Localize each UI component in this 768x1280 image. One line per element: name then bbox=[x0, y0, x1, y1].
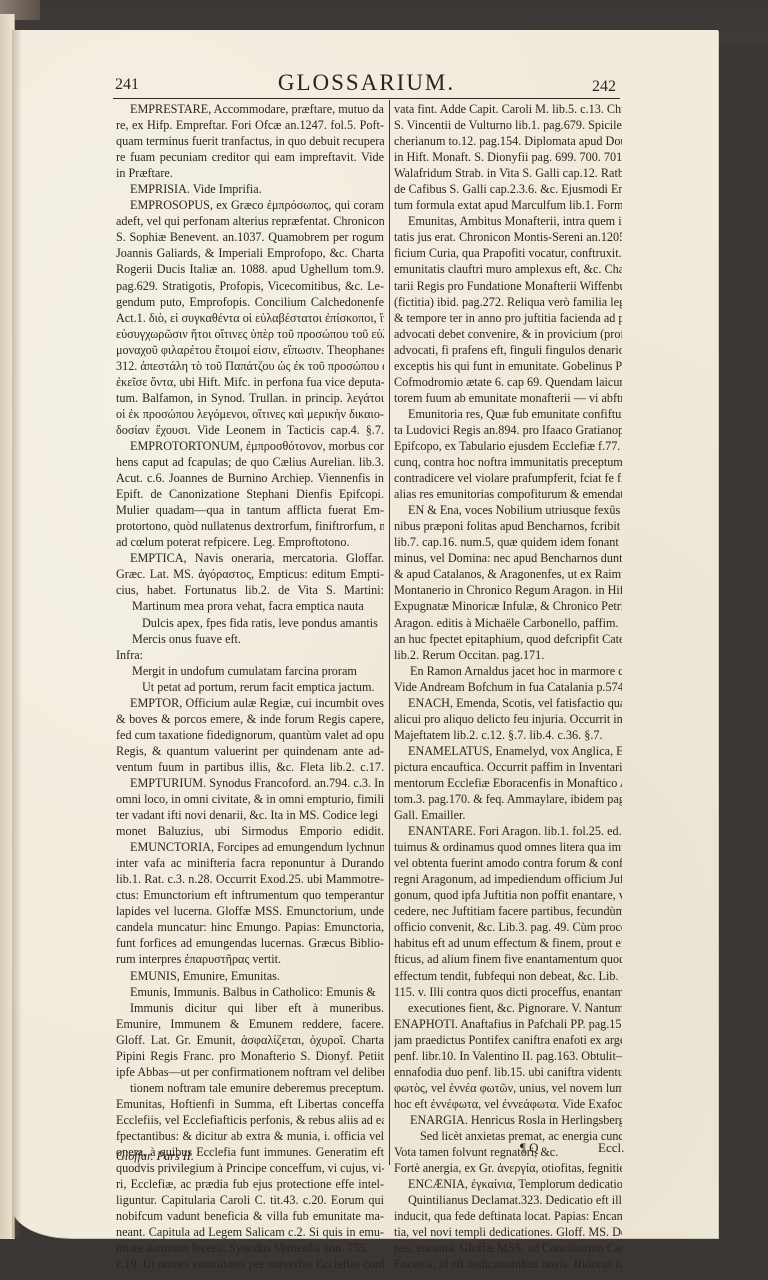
text-line: S. Vincentii de Vulturno lib.1. pag.679.… bbox=[394, 117, 622, 133]
text-line: hens caput ad fcapulas; de quo Cælius Au… bbox=[116, 454, 384, 470]
text-line: Fortè anergia, ex Gr. ἀνεργία, otiofitas… bbox=[394, 1160, 622, 1176]
text-line: ficium Curia, qua Prapofiti vocatur, con… bbox=[394, 245, 622, 261]
text-line: lib.7. cap.16. num.5, quæ quidem idem fo… bbox=[394, 534, 622, 550]
text-line: ENAPHOTI. Anaftafius in Pafchali PP. pag… bbox=[394, 1016, 622, 1032]
catchword: Eccl. bbox=[598, 1140, 624, 1156]
text-line: (fictitia) ibid. pag.272. Reliqua verò f… bbox=[394, 294, 622, 310]
text-line: Joannis Galiards, & Imperiali Emprofopo,… bbox=[116, 245, 384, 261]
text-line: Dulcis apex, fpes fida ratis, leve pondu… bbox=[116, 615, 384, 631]
text-line: c.19. Ut omnes emunitates per univerfas … bbox=[116, 1256, 384, 1272]
text-line: & apud Catalanos, & Aragonenfes, ut ex R… bbox=[394, 566, 622, 582]
text-line: nitate damnum fecerit. Synodus Vernenfis… bbox=[116, 1240, 384, 1256]
text-line: Gloff. Lat. Gr. Emunit, ἀσφαλίζεται, ὀχυ… bbox=[116, 1032, 384, 1048]
text-line: ventum fuum in partibus illis, &c. Fleta… bbox=[116, 759, 384, 775]
text-line: tia, vel novi templi dedicationes. Gloff… bbox=[394, 1224, 622, 1240]
text-line: alicui pro aliquo delicto feu injuria. O… bbox=[394, 711, 622, 727]
text-line: tum. Balfamon, in Synod. Trullan. in pri… bbox=[116, 390, 384, 406]
text-line: Epifcopo, ex Tabulario ejusdem Ecclefiæ … bbox=[394, 438, 622, 454]
text-line: Mercis onus fuave eft. bbox=[116, 631, 384, 647]
text-line: Rogerii Ducis Italiæ an. 1088. apud Ughe… bbox=[116, 261, 384, 277]
text-line: Sed licèt anxietas premat, ac energia cu… bbox=[394, 1128, 622, 1144]
text-line: Infra: bbox=[116, 647, 384, 663]
text-line: Expugnatæ Minoricæ Infulæ, & Chronico Pe… bbox=[394, 598, 622, 614]
text-line: Aragon. editis à Michaële Carbonello, pa… bbox=[394, 615, 622, 631]
text-line: ENACH, Emenda, Scotis, vel fatisfactio q… bbox=[394, 695, 622, 711]
text-line: gendum puto, Emprofopis. Concilium Calch… bbox=[116, 294, 384, 310]
text-line: adeft, vel qui perfonam alterius repræfe… bbox=[116, 213, 384, 229]
text-line: re, ex Hifp. Empreftar. Fori Ofcæ an.124… bbox=[116, 117, 384, 133]
text-line: habitus eft ad unum effectum & finem, pr… bbox=[394, 935, 622, 951]
text-line: Encenis, id eft dedicationibus novis. If… bbox=[394, 1256, 622, 1272]
text-line: Martinum mea prora vehat, facra emptica … bbox=[116, 598, 384, 614]
text-line: EMPROTORTONUM, ἐμπροσθότονον, morbus con… bbox=[116, 438, 384, 454]
text-line: minus, vel Domina: nec apud Bencharnos d… bbox=[394, 550, 622, 566]
text-line: lib.1. Rat. c.3. n.28. Occurrit Exod.25.… bbox=[116, 871, 384, 887]
text-line: funt forfices ad emungendas lucernas. Gr… bbox=[116, 935, 384, 951]
text-line: Epift. de Canonizatione Stephani Dienfis… bbox=[116, 486, 384, 502]
text-line: Immunis dicitur qui liber eft à muneribu… bbox=[116, 1000, 384, 1016]
right-column: vata fint. Adde Capit. Caroli M. lib.5. … bbox=[394, 101, 622, 1272]
text-line: hoc eft ἐννέφωτα, vel ἐννεάφωτα. Vide Ex… bbox=[394, 1096, 622, 1112]
text-line: rum interpres ἐπαρυστῆρας vertit. bbox=[116, 951, 384, 967]
text-line: gonum, quod ipfa Juftitia non poffit ena… bbox=[394, 887, 622, 903]
text-line: Act.1. διὸ, εἰ συγκαθέντα οἱ εὐλαβέστατο… bbox=[116, 310, 384, 326]
text-line: nes, encania. Gloffæ MSS. ad Conciliorum… bbox=[394, 1240, 622, 1256]
text-line: Quintilianus Declamat.323. Dedicatio eft… bbox=[394, 1192, 622, 1208]
text-line: tarii Regis pro Fundatione Monafterii Wi… bbox=[394, 278, 622, 294]
text-line: tum formula extat apud Marculfum lib.1. … bbox=[394, 197, 622, 213]
text-line: EMPTOR, Officium aulæ Regiæ, cui incumbi… bbox=[116, 695, 384, 711]
text-line: ad cœlum poterat refpicere. Leg. Emproft… bbox=[116, 534, 384, 550]
running-title: GLOSSARIUM. bbox=[113, 70, 620, 96]
text-line: μοναχοῦ φιλαρέτου ἕτοιμοί εἰσιν, εἴπωσιν… bbox=[116, 342, 384, 358]
text-line: ENCÆNIA, ἐγκαίνια, Templorum dedicatione… bbox=[394, 1176, 622, 1192]
text-line: pictura encauftica. Occurrit paffim in I… bbox=[394, 759, 622, 775]
text-line: Cofmodromio ætate 6. cap 69. Quendam lai… bbox=[394, 374, 622, 390]
text-line: ri, Ecclefiæ, ac prædia fub ejus protect… bbox=[116, 1176, 384, 1192]
text-line: fed cum taxatione fidedignorum, quantùm … bbox=[116, 727, 384, 743]
text-line: candela muncatur: hinc Emungo. Papias: E… bbox=[116, 919, 384, 935]
text-line: Majeftatem lib.2. c.12. §.7. lib.4. c.36… bbox=[394, 727, 622, 743]
text-line: protortono, quòd nullatenus dextrorfum, … bbox=[116, 518, 384, 534]
text-line: exceptis his qui funt in emunitate. Gobe… bbox=[394, 358, 622, 374]
text-line: Acut. c.6. Joannes de Burnino Archiep. V… bbox=[116, 470, 384, 486]
signature-mark: ¶ Q bbox=[520, 1140, 539, 1156]
text-line: Emunitoria res, Quæ fub emunitate confif… bbox=[394, 406, 622, 422]
text-line: lib.2. Rerum Occitan. pag.171. bbox=[394, 647, 622, 663]
text-line: re fuam pecuniam creditor qui eam impref… bbox=[116, 149, 384, 165]
text-line: EMPROSOPUS, ex Græco ἐμπρόσωπος, qui cor… bbox=[116, 197, 384, 213]
text-line: nobifcum vadunt beneficia & villa fub em… bbox=[116, 1208, 384, 1224]
text-line: Walafridum Strab. in Vita S. Galli cap.1… bbox=[394, 165, 622, 181]
text-line: effectum tendit, fubfequi non debeat, &c… bbox=[394, 968, 622, 984]
text-line: nibus præponi folitas apud Bencharnos, f… bbox=[394, 518, 622, 534]
text-line: οἱ ἐκ προσώπου λεγόμενοι, οἵτινες καὶ με… bbox=[116, 406, 384, 422]
column-divider bbox=[389, 100, 390, 1165]
text-line: fpectantibus: & dicitur ab extra & munia… bbox=[116, 1128, 384, 1144]
text-line: Emunitas, Ambitus Monafterii, intra quem… bbox=[394, 213, 622, 229]
text-line: vel obtenta fuerint amodo contra forum &… bbox=[394, 855, 622, 871]
text-line: omni loco, in omni civitate, & in omni e… bbox=[116, 791, 384, 807]
text-line: EMPRESTARE, Accommodare, præftare, mutuo… bbox=[116, 101, 384, 117]
text-line: εὐσυγχωρῶσιν ἤτοι οἵτινες ὑπὲρ τοῦ προσώ… bbox=[116, 326, 384, 342]
text-line: alias res emunitorias compofiturum & eme… bbox=[394, 486, 622, 502]
page-gutter-shadow bbox=[12, 30, 22, 1238]
text-line: ENANTARE. Fori Aragon. lib.1. fol.25. ed… bbox=[394, 823, 622, 839]
text-line: cherianum to.12. pag.154. Diplomata apud… bbox=[394, 133, 622, 149]
text-line: de Cafibus S. Galli cap.2.3.6. &c. Ejusm… bbox=[394, 181, 622, 197]
text-line: an huc fpectet epitaphium, quod defcripf… bbox=[394, 631, 622, 647]
text-line: EN & Ena, voces Nobilium utriusque fexûs… bbox=[394, 502, 622, 518]
text-line: 312. ἀπεστάλη τὸ τοῦ Παπάτζου ὡς ἐκ τοῦ … bbox=[116, 358, 384, 374]
text-line: cedere, nec Juftitiam facere partibus, f… bbox=[394, 903, 622, 919]
text-line: Gall. Emailler. bbox=[394, 807, 622, 823]
text-line: fticus, ad alium finem five enantamentum… bbox=[394, 951, 622, 967]
text-line: EMPRISIA. Vide Imprifia. bbox=[116, 181, 384, 197]
page-header: 241 GLOSSARIUM. 242 bbox=[113, 70, 620, 98]
text-line: ter vadant ifti novi denarii, &c. Ita in… bbox=[116, 807, 384, 823]
text-line: quam terminus fuerit tranfactus, in quo … bbox=[116, 133, 384, 149]
text-line: inducit, qua fede deftinata locat. Papia… bbox=[394, 1208, 622, 1224]
text-line: executiones fient, &c. Pignorare. V. Nan… bbox=[394, 1000, 622, 1016]
text-line: inter vafa ac minifteria facra reponuntu… bbox=[116, 855, 384, 871]
text-line: EMUNCTORIA, Forcipes ad emungendum lychn… bbox=[116, 839, 384, 855]
text-line: ipfe Abbas—ut per confirmationem noftram… bbox=[116, 1064, 384, 1080]
text-line: advocati debet convenire, & in provicium… bbox=[394, 326, 622, 342]
text-line: contradicere vel violare prafumpferit, f… bbox=[394, 470, 622, 486]
text-line: Vota tamen folvunt regnatori, &c. bbox=[394, 1144, 622, 1160]
text-line: emunitatis clauftri muro amplexus eft, &… bbox=[394, 261, 622, 277]
page-number-right: 242 bbox=[592, 78, 616, 96]
text-line: Mulier quadam—qua in tantum afflicta fue… bbox=[116, 502, 384, 518]
text-line: officio convenit, &c. Lib.3. pag. 49. Cù… bbox=[394, 919, 622, 935]
text-line: advocati, fi prafens eft, finguli fingul… bbox=[394, 342, 622, 358]
text-line: ἐκεῖσε ὄντα, ubi Hift. Mifc. in perfona … bbox=[116, 374, 384, 390]
text-line: ennafodia duo penf. lib.15. ubi caniftra… bbox=[394, 1064, 622, 1080]
text-line: δοσίαν ἔχουσι. Vide Leonem in Tacticis c… bbox=[116, 422, 384, 438]
text-line: tatis jus erat. Chronicon Montis-Sereni … bbox=[394, 229, 622, 245]
text-line: EMUNIS, Emunire, Emunitas. bbox=[116, 968, 384, 984]
text-line: ENAMELATUS, Enamelyd, vox Anglica, Encau… bbox=[394, 743, 622, 759]
text-line: Montanerio in Chronico Regum Aragon. in … bbox=[394, 582, 622, 598]
text-line: vata fint. Adde Capit. Caroli M. lib.5. … bbox=[394, 101, 622, 117]
footer-title: Gloffar. Pars II. bbox=[116, 1149, 194, 1164]
text-line: liguntur. Capitularia Caroli C. tit.43. … bbox=[116, 1192, 384, 1208]
text-line: lapides vel lucerna. Gloffæ MSS. Emuncto… bbox=[116, 903, 384, 919]
text-line: penf. libr.10. In Valentino II. pag.163.… bbox=[394, 1048, 622, 1064]
text-line: in Præftare. bbox=[116, 165, 384, 181]
text-line: cunq, contra hoc noftra immunitatis prec… bbox=[394, 454, 622, 470]
text-line: En Ramon Arnaldus jacet hoc in marmore c… bbox=[394, 663, 622, 679]
text-line: 115. v. Illi contra quos dicti proceffus… bbox=[394, 984, 622, 1000]
text-line: Pipini Regis Franc. pro Monafterio S. Di… bbox=[116, 1048, 384, 1064]
text-line: Vide Andream Bofchum in fua Catalania p.… bbox=[394, 679, 622, 695]
text-line: Emunis, Immunis. Balbus in Catholico: Em… bbox=[116, 984, 384, 1000]
text-line: torem fuum ab emunitate monafterii — vi … bbox=[394, 390, 622, 406]
text-line: EMPTICA, Navis oneraria, mercatoria. Glo… bbox=[116, 550, 384, 566]
text-line: jam praedictus Pontifex caniftra enafoti… bbox=[394, 1032, 622, 1048]
text-line: monet Baluzius, ubi Sirmodus Emporio edi… bbox=[116, 823, 384, 839]
text-line: tuimus & ordinamus quod omnes litera qua… bbox=[394, 839, 622, 855]
text-line: mentorum Ecclefiæ Eboracenfis in Monafti… bbox=[394, 775, 622, 791]
header-rule bbox=[113, 98, 620, 99]
text-line: S. Sophiæ Benevent. an.1037. Quamobrem p… bbox=[116, 229, 384, 245]
text-line: Ecclefiis, vel Ecclefiafticis perfonis, … bbox=[116, 1112, 384, 1128]
text-line: in Hift. Monaft. S. Dionyfii pag. 699. 7… bbox=[394, 149, 622, 165]
text-line: ctus: Emunctorium eft inftrumentum quo t… bbox=[116, 887, 384, 903]
text-line: Ut petat ad portum, rerum facit emptica … bbox=[116, 679, 384, 695]
text-line: Græc. Lat. MS. ἀγόραστος, Empticus: edit… bbox=[116, 566, 384, 582]
text-line: regni Aragonum, ad impediendum officium … bbox=[394, 871, 622, 887]
text-line: Emunire, Immunem & Emunem reddere, facer… bbox=[116, 1016, 384, 1032]
text-line: & tempore ter in anno pro juftitia facie… bbox=[394, 310, 622, 326]
text-line: ta Ludovici Regis an.894. pro Ifaaco Gra… bbox=[394, 422, 622, 438]
text-line: EMPTURIUM. Synodus Francoford. an.794. c… bbox=[116, 775, 384, 791]
text-line: ENARGIA. Henricus Rosla in Herlingsberga… bbox=[394, 1112, 622, 1128]
text-line: tom.3. pag.170. & feq. Ammaylare, ibidem… bbox=[394, 791, 622, 807]
text-line: & boves & porcos emere, & inde forum Reg… bbox=[116, 711, 384, 727]
text-line: cius, habet. Fortunatus lib.2. de Vita S… bbox=[116, 582, 384, 598]
left-column: EMPRESTARE, Accommodare, præftare, mutuo… bbox=[116, 101, 384, 1272]
text-line: neant. Capitula ad Legem Salicam c.2. Si… bbox=[116, 1224, 384, 1240]
text-line: Mergit in undofum cumulatam farcina pror… bbox=[116, 663, 384, 679]
text-line: Emunitas, Hoftienfi in Summa, eft Libert… bbox=[116, 1096, 384, 1112]
text-line: φωτὸς, vel ἐννέα φωτῶν, unius, vel novem… bbox=[394, 1080, 622, 1096]
text-line: Regis, & quantum valuerint per quindenam… bbox=[116, 743, 384, 759]
text-line: pag.629. Stratigotis, Profopis, Vicecomi… bbox=[116, 278, 384, 294]
text-line: tionem noftram tale emunire deberemus pr… bbox=[116, 1080, 384, 1096]
